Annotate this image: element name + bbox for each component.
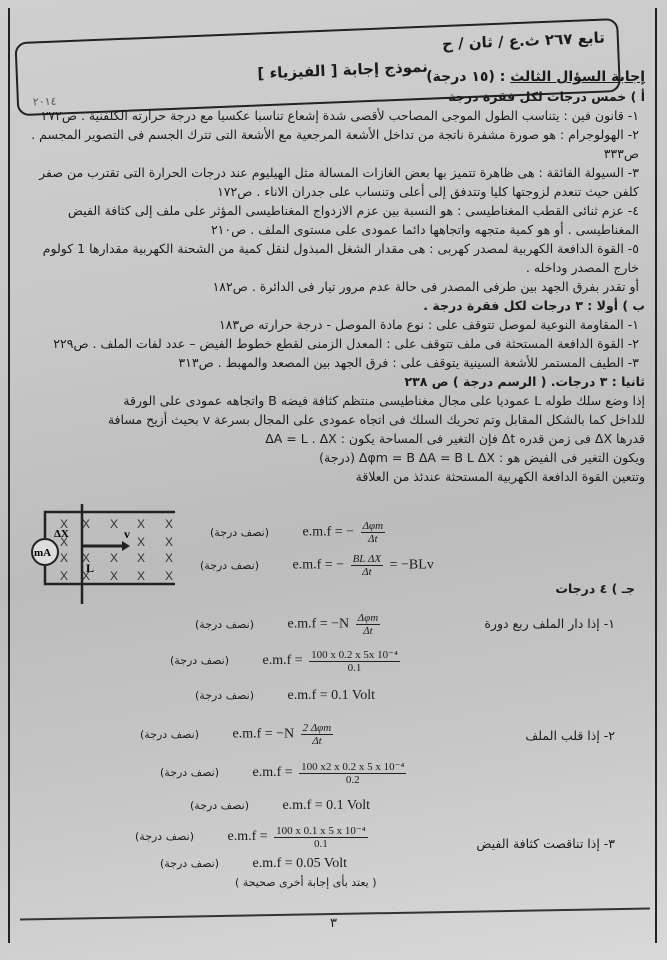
svg-text:L: L [86, 561, 94, 575]
svg-text:X: X [110, 551, 118, 565]
part-a-item: ١- قانون فين : يتناسب الطول الموجى المصا… [20, 106, 639, 125]
derivation-line: قدرها ΔX فى زمن قدره Δt فإن التغير فى ال… [20, 429, 645, 448]
c1-equation-a: (نصف درجة) e.m.f = −N ΔφmΔt [195, 612, 383, 637]
exam-page: تابع ٢٦٧ ث.ع / ثان / ح نموذج إجابة [ الف… [8, 8, 657, 943]
emf-equation-2: (نصف درجة) e.m.f = − BL ΔXΔt = −BLv [200, 553, 434, 578]
svg-text:X: X [165, 551, 173, 565]
c3-equation-b: (نصف درجة) e.m.f = 0.05 Volt [160, 856, 347, 872]
svg-text:X: X [82, 517, 90, 531]
part-a-item: أو تقدر بفرق الجهد بين طرفى المصدر فى حا… [20, 277, 639, 296]
part-a-item: ٤- عزم ثنائى القطب المغناطيسى : هو النسب… [20, 201, 639, 239]
part-a-item: ٣- السيولة الفائقة : هى ظاهرة تتميز بها … [20, 163, 639, 201]
svg-text:X: X [137, 535, 145, 549]
svg-text:X: X [165, 517, 173, 531]
part-b-item: ١- المقاومة النوعية لموصل تتوقف على : نو… [20, 315, 639, 334]
c1-label: ١- إذا دار الملف ربع دورة [484, 616, 615, 631]
svg-text:X: X [137, 569, 145, 583]
page-number: ٣ [330, 916, 337, 931]
part-a-heading: أ ) خمس درجات لكل فقرة درجة [20, 87, 645, 106]
alternative-answer-note: ( يعتد بأى إجابة أخرى صحيحة ) [235, 876, 377, 889]
part-b-second-heading: ثانيا : ٣ درجات. ( الرسم درجة ) ص ٢٣٨ [20, 372, 645, 391]
circuit-field-svg-icon: mA XXXXX XXX XXXXX XXXXX v ΔX L [20, 504, 180, 606]
question-heading: إجابة السؤال الثالث : (١٥ درجة) [20, 68, 645, 87]
c3-label: ٣- إذا تناقصت كثافة الفيض [476, 836, 615, 851]
svg-text:X: X [110, 569, 118, 583]
svg-text:X: X [137, 551, 145, 565]
svg-text:X: X [137, 517, 145, 531]
c3-equation-a: (نصف درجة) e.m.f = 100 x 0.1 x 5 x 10⁻⁴0… [135, 824, 371, 850]
c2-equation-c: (نصف درجة) e.m.f = 0.1 Volt [190, 798, 370, 814]
emf-equation-1: (نصف درجة) e.m.f = − ΔφmΔt [210, 520, 388, 545]
svg-text:X: X [165, 535, 173, 549]
svg-text:X: X [110, 517, 118, 531]
answer-content: إجابة السؤال الثالث : (١٥ درجة) أ ) خمس … [20, 68, 645, 486]
svg-text:mA: mA [34, 547, 51, 559]
part-b-item: ٣- الطيف المستمر للأشعة السينية يتوقف عل… [20, 353, 639, 372]
svg-text:X: X [165, 569, 173, 583]
c2-equation-a: (نصف درجة) e.m.f = −N 2 ΔφmΔt [140, 722, 336, 747]
svg-text:X: X [60, 569, 68, 583]
derivation-line: للداخل كما بالشكل المقابل وتم تحريك السل… [20, 410, 645, 429]
header-reference: تابع ٢٦٧ ث.ع / ثان / ح [442, 29, 605, 54]
question-marks: : (١٥ درجة) [426, 69, 505, 85]
part-a-item: ٥- القوة الدافعة الكهربية لمصدر كهربى : … [20, 239, 639, 277]
part-b-item: ٢- القوة الدافعة المستحثة فى ملف تتوقف ع… [20, 334, 639, 353]
c2-equation-b: (نصف درجة) e.m.f = 100 x2 x 0.2 x 5 x 10… [160, 760, 409, 786]
part-b-first-heading: ب ) أولا : ٣ درجات لكل فقرة درجة . [20, 296, 645, 315]
c1-equation-c: (نصف درجة) e.m.f = 0.1 Volt [195, 688, 375, 704]
part-c-heading: جـ ) ٤ درجات [555, 581, 635, 596]
svg-text:v: v [124, 527, 130, 541]
question-title: إجابة السؤال الثالث [510, 69, 645, 85]
c2-label: ٢- إذا قلب الملف [525, 728, 615, 743]
part-a-item: ٢- الهولوجرام : هو صورة مشفرة ناتجة من ت… [20, 125, 639, 163]
svg-text:X: X [60, 551, 68, 565]
c1-equation-b: (نصف درجة) e.m.f = 100 x 0.2 x 5x 10⁻⁴0.… [170, 648, 403, 674]
svg-text:ΔX: ΔX [54, 528, 69, 540]
derivation-line: ويكون التغير فى الفيض هو : Δφm = B ΔA = … [20, 448, 645, 467]
derivation-line: وتتعين القوة الدافعة الكهربية المستحثة ع… [20, 467, 645, 486]
derivation-line: إذا وضع سلك طوله L عموديا على مجال مغناط… [20, 391, 645, 410]
moving-wire-diagram: mA XXXXX XXX XXXXX XXXXX v ΔX L [20, 504, 180, 606]
